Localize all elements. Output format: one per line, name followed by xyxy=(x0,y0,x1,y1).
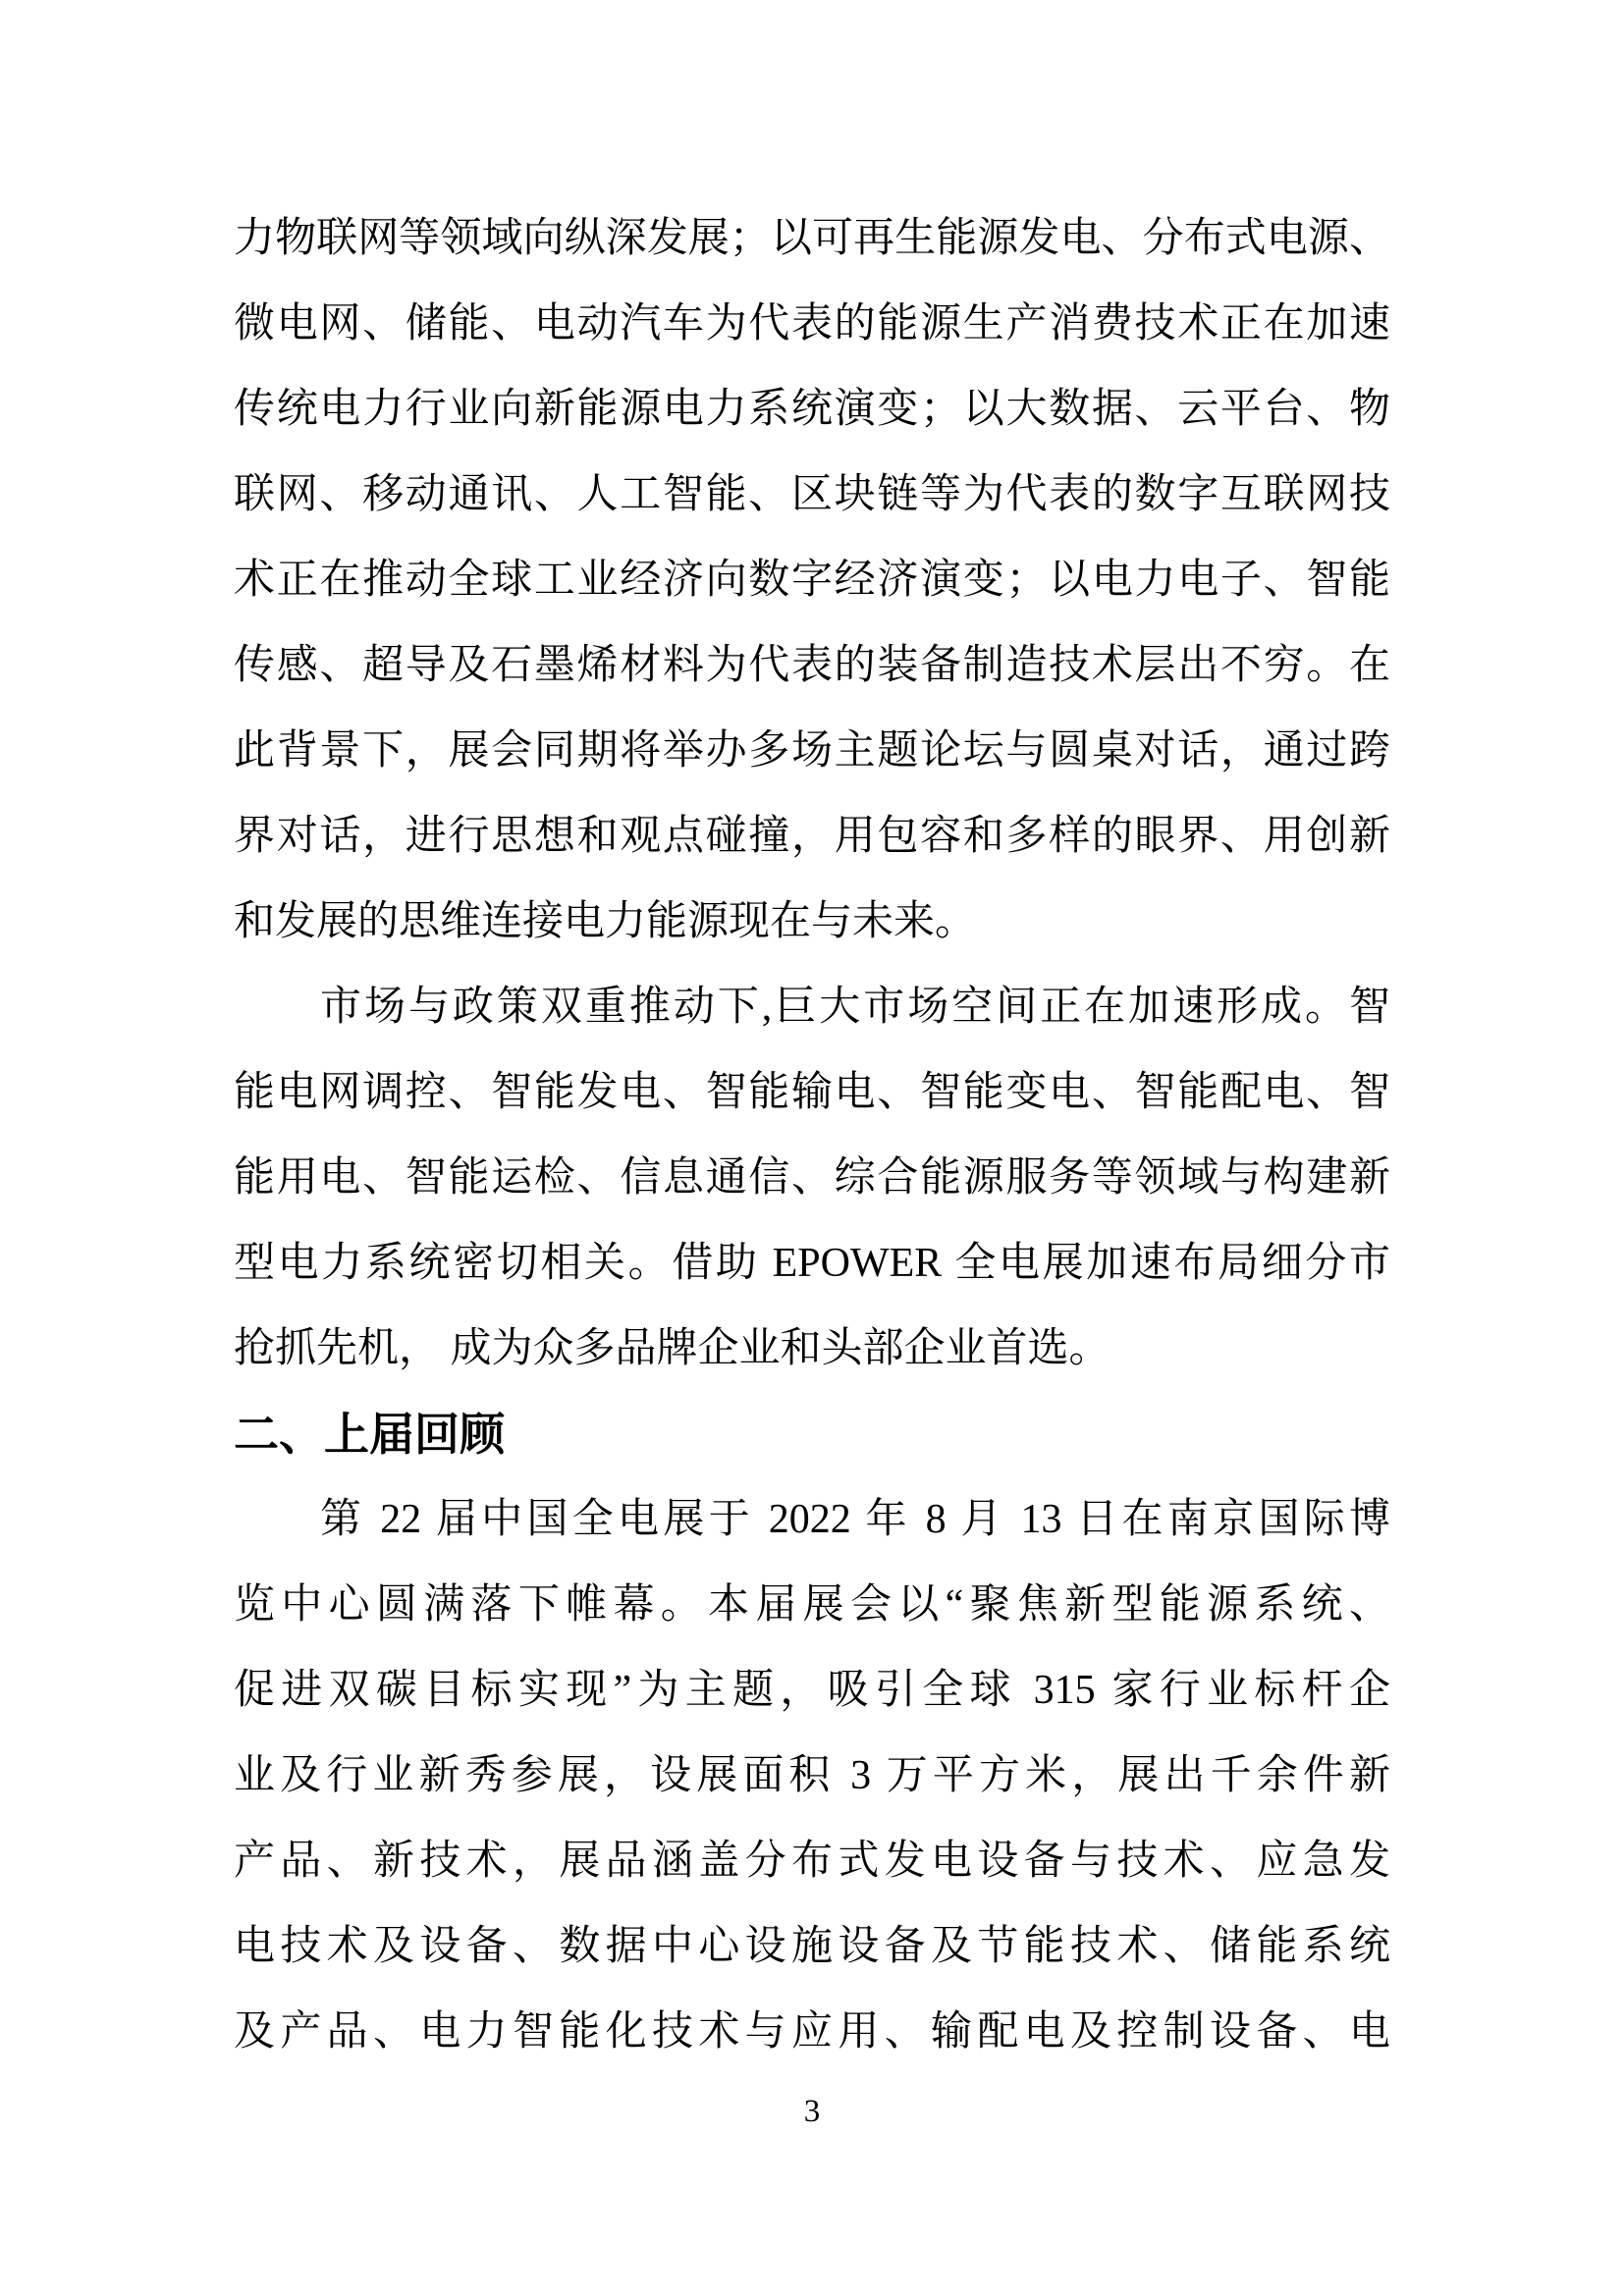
text-line: 抢抓先机， 成为众多品牌企业和头部企业首选。 xyxy=(234,1307,1390,1392)
text-line: 传感、超导及石墨烯材料为代表的装备制造技术层出不穷。在 xyxy=(234,623,1390,709)
text-line: 此背景下，展会同期将举办多场主题论坛与圆桌对话，通过跨 xyxy=(234,709,1390,794)
text-line: 界对话，进行思想和观点碰撞，用包容和多样的眼界、用创新 xyxy=(234,794,1390,880)
text-line: 术正在推动全球工业经济向数字经济演变；以电力电子、智能 xyxy=(234,538,1390,623)
text-line: 促进双碳目标实现”为主题，吸引全球 315 家行业标杆企 xyxy=(234,1648,1390,1734)
text-line: 传统电力行业向新能源电力系统演变；以大数据、云平台、物 xyxy=(234,367,1390,453)
text-line: 及产品、电力智能化技术与应用、输配电及控制设备、电 xyxy=(234,1990,1390,2075)
text-line: 业及行业新秀参展，设展面积 3 万平方米，展出千余件新 xyxy=(234,1734,1390,1819)
text-line: 市场与政策双重推动下,巨大市场空间正在加速形成。智 xyxy=(234,965,1390,1050)
section-heading: 二、上届回顾 xyxy=(234,1392,1390,1477)
text-line: 电技术及设备、数据中心设施设备及节能技术、储能系统 xyxy=(234,1904,1390,1990)
text-line: 产品、新技术，展品涵盖分布式发电设备与技术、应急发 xyxy=(234,1819,1390,1904)
text-line: 微电网、储能、电动汽车为代表的能源生产消费技术正在加速 xyxy=(234,282,1390,367)
text-line: 览中心圆满落下帷幕。本届展会以“聚焦新型能源系统、 xyxy=(234,1563,1390,1648)
document-page: 力物联网等领域向纵深发展；以可再生能源发电、分布式电源、 微电网、储能、电动汽车… xyxy=(0,0,1624,2296)
text-line: 力物联网等领域向纵深发展；以可再生能源发电、分布式电源、 xyxy=(234,196,1390,282)
text-line: 型电力系统密切相关。借助 EPOWER 全电展加速布局细分市场， xyxy=(234,1221,1390,1307)
text-line: 和发展的思维连接电力能源现在与未来。 xyxy=(234,880,1390,965)
text-block: 力物联网等领域向纵深发展；以可再生能源发电、分布式电源、 微电网、储能、电动汽车… xyxy=(234,196,1390,2075)
text-line: 第 22 届中国全电展于 2022 年 8 月 13 日在南京国际博 xyxy=(234,1477,1390,1563)
text-line: 能电网调控、智能发电、智能输电、智能变电、智能配电、智 xyxy=(234,1050,1390,1136)
page-number: 3 xyxy=(234,2087,1390,2136)
text-line: 联网、移动通讯、人工智能、区块链等为代表的数字互联网技 xyxy=(234,453,1390,538)
text-line: 能用电、智能运检、信息通信、综合能源服务等领域与构建新 xyxy=(234,1136,1390,1221)
